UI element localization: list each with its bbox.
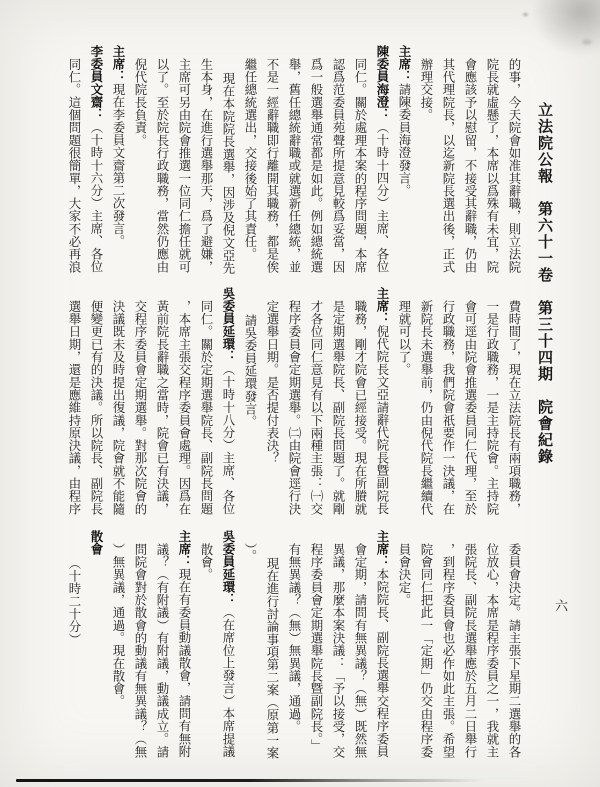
text-column: 辦理交接。 (420, 45, 432, 275)
column-text: 現在本院院長選舉，因涉及倪文亞先 (221, 72, 235, 274)
column-text: 員會決定。 (397, 543, 411, 606)
column-text: 不是一經辭職即行離開其職務，都是俟 (265, 58, 279, 273)
gazette-page: 立法院公報 第六十一卷 第三十四期 院會紀錄 六 的事，今天院會如准其辭職，則立… (0, 0, 600, 787)
text-column: 生本身，在進行選舉那天，爲了避嫌， (200, 45, 212, 275)
text-column: 員會決定。 (398, 530, 410, 760)
text-column: 異議，那麼本案決議：「予以接受，交 (332, 530, 344, 760)
speaker-name: 主席： (111, 45, 125, 83)
column-text: ）無異議，通過。現在散會。 (111, 543, 125, 707)
column-text: 認爲范委員苑聲所提意見較爲妥當，因 (331, 58, 345, 273)
speaker-name: 主席： (375, 287, 389, 325)
column-text: ，本席主張交程序委員會處理。因爲在 (177, 300, 191, 515)
text-column: 是定期選舉院長、副院長問題了。就剛 (332, 287, 344, 517)
text-column: 議？（有附議）有附議，動議成立。請 (156, 530, 168, 760)
column-text: 辦理交接。 (419, 58, 433, 121)
text-column: ，本席主張交程序委員會處理。因爲在 (178, 287, 190, 517)
text-column: 主席：倪代院長文亞請辭代院長曁副院長 (376, 287, 388, 517)
text-column: 繼任總統選出，交接後始了其責任。 (244, 45, 256, 275)
text-column: 不是一經辭職即行離開其職務，都是俟 (266, 45, 278, 275)
text-column: 一是行政職務，一是主持院會。主持院 (486, 287, 498, 517)
column-text: （在席位上發言）本席提議 (221, 606, 235, 758)
text-column: ，到程序委員會也必作如此主張。希望 (442, 530, 454, 760)
page-number: 六 (551, 599, 570, 612)
text-column: 才各位同仁意見有以下兩種主張：㈠交 (310, 287, 322, 517)
text-register-middle: 費時間了，現在立法院長有兩項職務，一是行政職務，一是主持院會。主持院會可逕由院會… (66, 287, 520, 517)
text-column: 散會 (90, 530, 102, 760)
speaker-name: 主席： (177, 530, 191, 568)
column-text: 生本身，在進行選舉那天，爲了避嫌， (199, 58, 213, 273)
column-text: 倪代院長文亞請辭代院長曁副院長 (375, 325, 389, 515)
text-column: 主席：現在李委員文齋第二次發言。 (112, 45, 124, 275)
text-column: 委員會決定。請主張下星期二選舉的各 (508, 530, 520, 760)
text-column: 其代理院長，以迄新院長選出後，正式 (442, 45, 454, 275)
column-text: 現在有委員動議散會，請問有無附 (177, 568, 191, 758)
column-text: （十時十六分）主席、各位 (89, 121, 103, 273)
text-column: 吳委員延環：（在席位上發言）本席提議 (222, 530, 234, 760)
column-text: 現在李委員文齋第二次發言。 (111, 83, 125, 247)
column-text: 繼任總統選出，交接後始了其責任。 (243, 58, 257, 260)
column-text: （十時十八分）主席、各位 (221, 363, 235, 515)
column-text: 散會。 (199, 543, 213, 581)
column-text: 舉，舊任總統辭職或就選新任總統，並 (287, 58, 301, 273)
column-text: 位放心，本席是程序委員之一，我就主 (485, 543, 499, 758)
text-column: 理就可以了。 (398, 287, 410, 517)
text-column: 主席可另由院會推選一位同仁擔任就可 (178, 45, 190, 275)
column-text: 才各位同仁意見有以下兩種主張：㈠交 (309, 300, 323, 515)
text-column: 決議既未及時提出復議，院會就不能隨 (112, 287, 124, 517)
column-text: 理就可以了。 (397, 300, 411, 376)
text-column: 吳委員延環：（十時十八分）主席、各位 (222, 287, 234, 517)
text-column: 現在進行討論事項第二案（原第一案 (266, 530, 278, 760)
text-column: 選舉日期，還是應維持原決議，由程序 (68, 287, 80, 517)
column-text: （十時二十分） (67, 557, 81, 646)
column-text: ，到程序委員會也必作如此主張。希望 (441, 543, 455, 758)
column-text: 費時間了，現在立法院長有兩項職務， (507, 300, 521, 515)
text-column: 定選舉日期。是否提付表決？ (266, 287, 278, 517)
column-text: 會可逕由院會推選委員同仁代理，至於 (463, 300, 477, 515)
speaker-name: 主席： (397, 45, 411, 83)
text-column: 認爲范委員苑聲所提意見較爲妥當，因 (332, 45, 344, 275)
text-column: 有無異議？（無）無異議，通過。 (288, 530, 300, 760)
scan-line-bottom (16, 779, 484, 782)
column-text: 行政職務，我們院會祇要作一決議，在 (441, 300, 455, 515)
text-column: 倪代院長負責。 (134, 45, 146, 275)
column-text: 黃前院長辭職之當時，院會已有決議， (155, 300, 169, 515)
column-text: 同仁。關於處理本案的程序問題，本席 (353, 58, 367, 273)
text-column: （十時二十分） (68, 530, 80, 760)
speaker-name: 吳委員延環： (221, 530, 235, 606)
speaker-name: 散會 (89, 530, 103, 555)
text-column: 會定期，請問有無異議？（無）既然無 (354, 530, 366, 760)
column-text: 程序委員會定期選舉。㈡由院會逕行決 (287, 300, 301, 515)
text-column: 交程序委員會定期選舉。對那次院會的 (134, 287, 146, 517)
column-text: （十時十四分）主席、各位 (375, 121, 389, 273)
text-column: 會可逕由院會推選委員同仁代理，至於 (464, 287, 476, 517)
text-column: 以了。至於院長行政職務，當然仍應由 (156, 45, 168, 275)
scan-smudge-top-right (534, 0, 600, 54)
column-text: 選舉日期，還是應維持原決議，由程序 (67, 300, 81, 515)
text-column: 行政職務，我們院會祇要作一決議，在 (442, 287, 454, 517)
column-text: 有無異議？（無）無異議，通過。 (287, 543, 301, 733)
text-column: 同仁。關於定期選舉院長、副院長問題 (200, 287, 212, 517)
column-text: 便變更已有的決議。所以院長、副院長 (89, 300, 103, 515)
text-column: 散會。 (200, 530, 212, 760)
text-column: 同仁。這個問題很簡單，大家不必再浪 (68, 45, 80, 275)
speaker-name: 李委員文齋： (89, 45, 103, 121)
text-column: 會應該予以慰留，不接受其辭職，仍由 (464, 45, 476, 275)
column-text: 會定期，請問有無異議？（無）既然無 (353, 543, 367, 758)
text-column: 費時間了，現在立法院長有兩項職務， (508, 287, 520, 517)
text-column: 院長就虛懸了，本席以爲殊有未宜，院 (486, 45, 498, 275)
speaker-name: 陳委員海澄： (375, 45, 389, 121)
column-text: 委員會決定。請主張下星期二選舉的各 (507, 543, 521, 758)
speaker-name: 主席： (375, 530, 389, 568)
column-text: 院長就虛懸了，本席以爲殊有未宜，院 (485, 58, 499, 273)
column-text: 異議，那麼本案決議：「予以接受，交 (331, 543, 345, 758)
text-register-lower: 委員會決定。請主張下星期二選舉的各位放心，本席是程序委員之一，我就主張院長、副院… (66, 530, 520, 760)
column-text: 議？（有附議）有附議，動議成立。請 (155, 543, 169, 758)
text-column: 職務，剛才院會已經接受。現在所賸就 (354, 287, 366, 517)
text-column: 同仁。關於處理本案的程序問題，本席 (354, 45, 366, 275)
column-text: 職務，剛才院會已經接受。現在所賸就 (353, 300, 367, 515)
text-column: 主席：本院院長、副院長選舉交程序委員 (376, 530, 388, 760)
column-text: 定選舉日期。是否提付表決？ (265, 300, 279, 464)
column-text: 請吳委員延環發言。 (243, 314, 257, 428)
column-text: 倪代院長負責。 (133, 58, 147, 147)
text-column: 張院長、副院長選舉應於五月二日舉行 (464, 530, 476, 760)
column-text: 爲一般選舉通常都是如此。例如總統選 (309, 58, 323, 273)
column-text: 程序委員會定期選舉院長曁副院長。」 (309, 543, 323, 752)
text-column: 陳委員海澄：（十時十四分）主席、各位 (376, 45, 388, 275)
text-column: 主席：請陳委員海澄發言。 (398, 45, 410, 275)
scan-speck-right-edge (582, 40, 592, 44)
text-column: ）無異議，通過。現在散會。 (112, 530, 124, 760)
column-text: 同仁。關於定期選舉院長、副院長問題 (199, 300, 213, 515)
text-column: 院會同仁把此一「定期」仍交由程序委 (420, 530, 432, 760)
text-column: 黃前院長辭職之當時，院會已有決議， (156, 287, 168, 517)
text-column: 李委員文齋：（十時十六分）主席、各位 (90, 45, 102, 275)
text-column: 便變更已有的決議。所以院長、副院長 (90, 287, 102, 517)
column-text: 本院院長、副院長選舉交程序委員 (375, 568, 389, 758)
text-column: 問院會對於散會的動議有無異議？（無 (134, 530, 146, 760)
column-text: 是定期選舉院長、副院長問題了。就剛 (331, 300, 345, 515)
column-text: 院會同仁把此一「定期」仍交由程序委 (419, 543, 433, 758)
column-text: 現在進行討論事項第二案（原第一案 (265, 557, 279, 759)
column-text: 新院長未選舉前，仍由倪代院長繼續代 (419, 300, 433, 515)
scan-speck (523, 13, 528, 16)
text-column: 主席：現在有委員動議散會，請問有無附 (178, 530, 190, 760)
text-register-upper: 的事，今天院會如准其辭職，則立法院院長就虛懸了，本席以爲殊有未宜，院會應該予以慰… (66, 45, 520, 275)
column-text: 主席可另由院會推選一位同仁擔任就可 (177, 58, 191, 273)
text-column: 的事，今天院會如准其辭職，則立法院 (508, 45, 520, 275)
text-column: 位放心，本席是程序委員之一，我就主 (486, 530, 498, 760)
text-column: 請吳委員延環發言。 (244, 287, 256, 517)
column-text: 決議既未及時提出復議，院會就不能隨 (111, 300, 125, 515)
column-text: ）。 (243, 543, 257, 562)
text-column: 程序委員會定期選舉。㈡由院會逕行決 (288, 287, 300, 517)
text-column: 舉，舊任總統辭職或就選新任總統，並 (288, 45, 300, 275)
volume-header: 立法院公報 第六十一卷 第三十四期 院會紀錄 (534, 102, 555, 465)
column-text: 一是行政職務，一是主持院會。主持院 (485, 300, 499, 515)
column-text: 問院會對於散會的動議有無異議？（無 (133, 543, 147, 758)
text-column: 程序委員會定期選舉院長曁副院長。」 (310, 530, 322, 760)
text-column: ）。 (244, 530, 256, 760)
text-column: 新院長未選舉前，仍由倪代院長繼續代 (420, 287, 432, 517)
column-text: 張院長、副院長選舉應於五月二日舉行 (463, 543, 477, 758)
text-column: 爲一般選舉通常都是如此。例如總統選 (310, 45, 322, 275)
column-text: 交程序委員會定期選舉。對那次院會的 (133, 300, 147, 515)
column-text: 同仁。這個問題很簡單，大家不必再浪 (67, 58, 81, 273)
text-column: 現在本院院長選舉，因涉及倪文亞先 (222, 45, 234, 275)
speaker-name: 吳委員延環： (221, 287, 235, 363)
column-text: 會應該予以慰留，不接受其辭職，仍由 (463, 58, 477, 273)
column-text: 以了。至於院長行政職務，當然仍應由 (155, 58, 169, 273)
column-text: 請陳委員海澄發言。 (397, 83, 411, 197)
column-text: 其代理院長，以迄新院長選出後，正式 (441, 58, 455, 273)
column-text: 的事，今天院會如准其辭職，則立法院 (507, 58, 521, 273)
